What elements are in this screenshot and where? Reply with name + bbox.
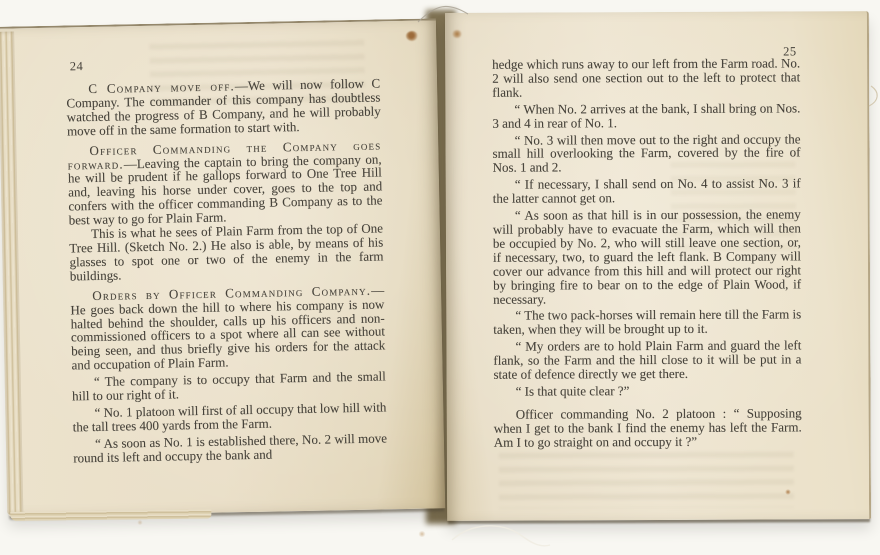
paragraph-text: “ No. 1 platoon will first of all occupy…	[73, 399, 387, 434]
fox-spot	[137, 520, 143, 525]
paragraph-text: “ The two pack-horses will remain here t…	[493, 307, 801, 337]
paragraph: hedge which runs away to our left from t…	[492, 56, 800, 99]
paragraph: “ As soon as No. 1 is established there,…	[73, 431, 387, 465]
paragraph-text: “ The company is to occupy that Farm and…	[72, 369, 386, 404]
fox-spot	[785, 489, 791, 495]
paragraph-text: “ No. 3 will then move out to the right …	[492, 131, 800, 175]
page-text-right: hedge which runs away to our left from t…	[492, 56, 802, 449]
paragraph-text: hedge which runs away to our left from t…	[492, 55, 800, 99]
fox-spot	[406, 31, 418, 41]
paragraph-text: “ As soon as that hill is in our possess…	[493, 206, 801, 306]
paragraph: “ As soon as that hill is in our possess…	[493, 207, 801, 306]
left-page: 24 C Company move off.—We will now follo…	[0, 18, 445, 516]
fox-spot	[418, 531, 426, 537]
page-number-left: 24	[70, 59, 84, 74]
paragraph: “ The company is to occupy that Farm and…	[72, 370, 386, 404]
paragraph: “ Is that quite clear ?”	[494, 383, 802, 398]
book-photo: 24 C Company move off.—We will now follo…	[0, 0, 880, 555]
paragraph: This is what he sees of Plain Farm from …	[69, 221, 384, 283]
right-page: 25 hedge which runs away to our left fro…	[445, 11, 871, 521]
paragraph-text: “ If necessary, I shall send on No. 4 to…	[493, 176, 801, 206]
paragraph: “ If necessary, I shall send on No. 4 to…	[493, 177, 801, 206]
paragraph: “ No. 3 will then move out to the right …	[492, 132, 800, 175]
paragraph: Officer commanding No. 2 platoon : “ Sup…	[494, 406, 802, 449]
paragraph: “ When No. 2 arrives at the bank, I shal…	[492, 101, 800, 130]
paragraph: “ My orders are to hold Plain Farm and g…	[493, 339, 801, 382]
paragraph: “ No. 1 platoon will first of all occupy…	[72, 400, 386, 434]
fox-spot	[452, 30, 462, 38]
paragraph-text: This is what he sees of Plain Farm from …	[69, 220, 383, 283]
paragraph-text: “ As soon as No. 1 is established there,…	[73, 430, 387, 465]
paragraph: Officer Commanding the Company goes forw…	[67, 138, 383, 227]
paragraph-text: “ When No. 2 arrives at the bank, I shal…	[492, 100, 800, 130]
paragraph: “ The two pack-horses will remain here t…	[493, 308, 801, 337]
page-stack-bottom-edge	[10, 509, 211, 520]
show-through	[499, 451, 794, 508]
paragraph: Orders by Officer Commanding Company.—He…	[70, 283, 386, 372]
page-text-left: C Company move off.—We will now follow C…	[66, 76, 387, 465]
paragraph-text: “ My orders are to hold Plain Farm and g…	[493, 338, 801, 382]
paragraph-text: “ Is that quite clear ?”	[516, 383, 630, 398]
paragraph: C Company move off.—We will now follow C…	[66, 76, 381, 138]
page-stack-fore-edge	[0, 31, 23, 514]
paragraph-text: Officer commanding No. 2 platoon : “ Sup…	[494, 405, 802, 449]
